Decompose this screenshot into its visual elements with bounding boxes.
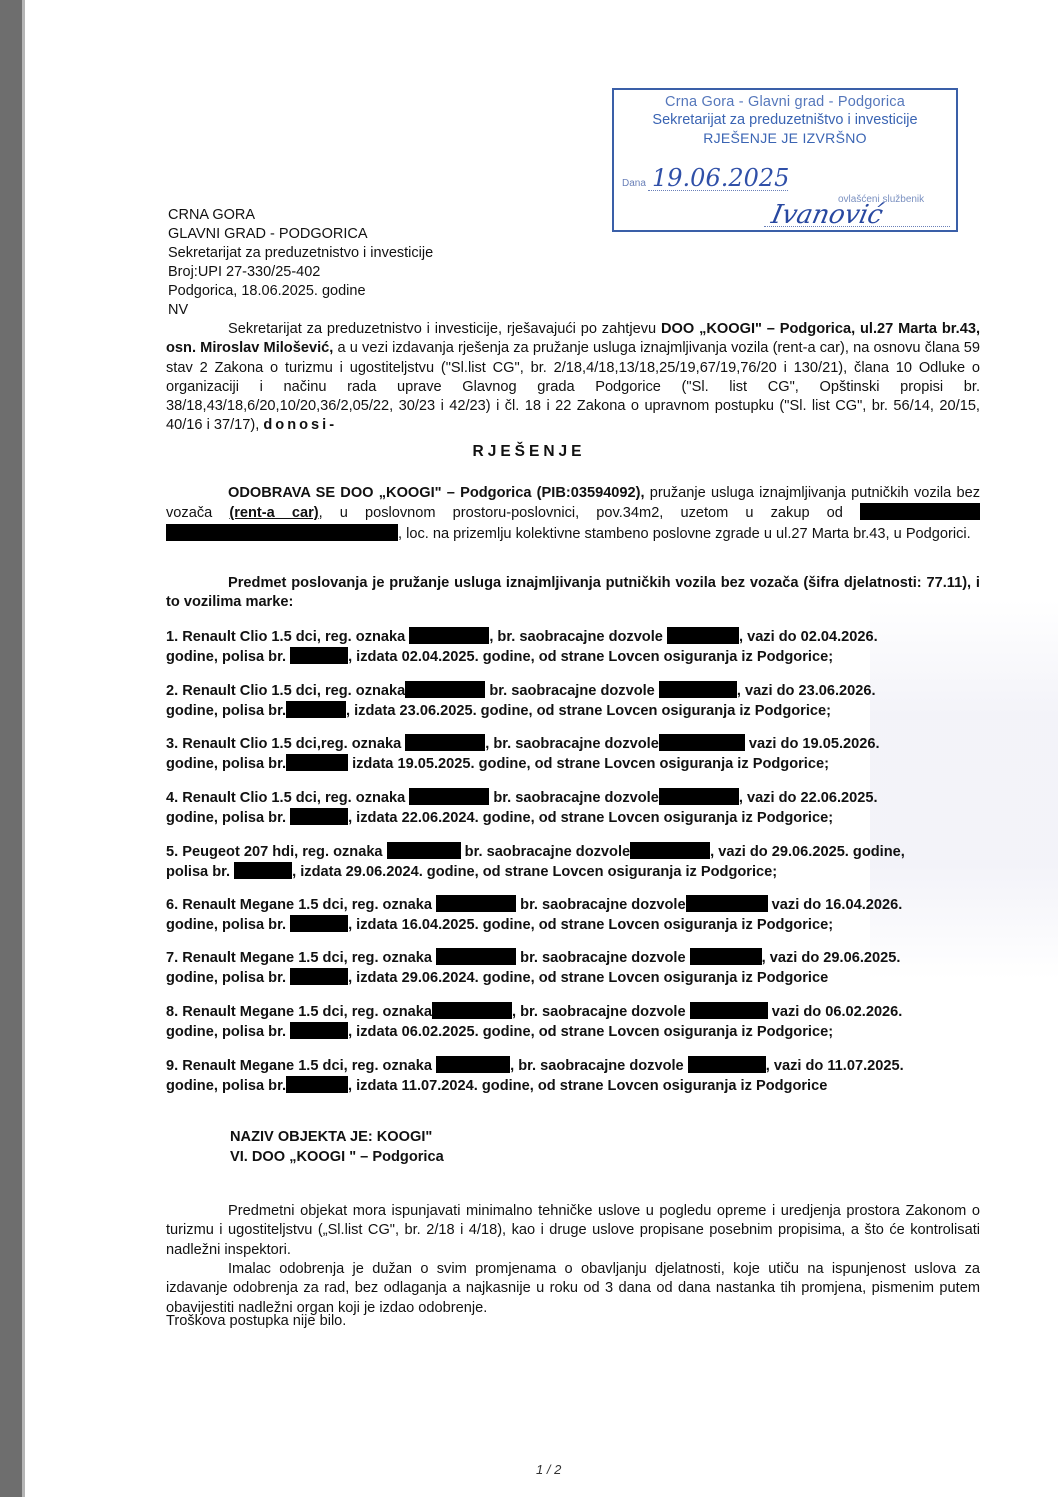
redacted-permit <box>686 895 768 912</box>
vehicle-policy-label: godine, polisa br. <box>166 810 286 826</box>
vehicle-item: 7. Renault Megane 1.5 dci, reg. oznaka b… <box>166 948 996 988</box>
scan-edge <box>0 0 22 1497</box>
vehicle-policy-label: godine, polisa br. <box>166 649 286 665</box>
document-header: CRNA GORA GLAVNI GRAD - PODGORICA Sekret… <box>168 206 433 320</box>
facility-owner: VI. DOO „KOOGI " – Podgorica <box>230 1147 444 1167</box>
vehicle-permit-label: br. saobracajne dozvole <box>516 950 686 966</box>
header-country: CRNA GORA <box>168 206 433 225</box>
vehicle-issued: , izdata 23.06.2025. godine, od strane L… <box>346 703 831 719</box>
vehicle-policy-label: godine, polisa br. <box>166 970 286 986</box>
vehicle-issued: , izdata 11.07.2024. godine, od strane L… <box>348 1078 827 1094</box>
vehicle-policy-label: godine, polisa br. <box>166 703 286 719</box>
redacted-permit <box>688 1056 766 1073</box>
vehicle-model: Renault Clio 1.5 dci, reg. oznaka <box>182 683 405 699</box>
vehicle-model: Renault Clio 1.5 dci, reg. oznaka <box>182 790 405 806</box>
costs-text: Troškova postupka nije bilo. <box>166 1313 346 1329</box>
conditions-text-1: Predmetni objekat mora ispunjavati minim… <box>166 1203 980 1258</box>
vehicle-model: Peugeot 207 hdi, reg. oznaka <box>182 844 382 860</box>
redacted-plate <box>432 1002 512 1019</box>
redacted-plate <box>409 788 489 805</box>
scan-edge-inner <box>22 0 25 1497</box>
header-initials: NV <box>168 301 433 320</box>
vehicle-permit-label: br. saobracajne dozvole <box>461 844 631 860</box>
vehicle-permit-label: br. saobracajne dozvole <box>485 683 655 699</box>
vehicle-issued: , izdata 22.06.2024. godine, od strane L… <box>348 810 833 826</box>
vehicle-num: 5. <box>166 844 178 860</box>
stamp-line-2: Sekretarijat za preduzetništvo i investi… <box>614 112 956 128</box>
redacted-permit <box>667 627 739 644</box>
redacted-plate <box>409 627 489 644</box>
vehicle-item: 6. Renault Megane 1.5 dci, reg. oznaka b… <box>166 895 996 935</box>
redacted-lessor <box>860 503 980 520</box>
header-reference-number: Broj:UPI 27-330/25-402 <box>168 263 433 282</box>
redacted-policy <box>286 701 346 718</box>
redacted-plate <box>405 681 485 698</box>
redacted-permit <box>690 1002 768 1019</box>
vehicle-permit-label: br. saobracajne dozvole <box>516 897 686 913</box>
facility-name-block: NAZIV OBJEKTA JE: KOOGI" VI. DOO „KOOGI … <box>230 1127 444 1167</box>
vehicle-valid: , vazi do 11.07.2025. <box>766 1058 904 1074</box>
vehicle-item: 9. Renault Megane 1.5 dci, reg. oznaka ,… <box>166 1056 996 1096</box>
facility-name: NAZIV OBJEKTA JE: KOOGI" <box>230 1127 444 1147</box>
redacted-policy <box>290 647 348 664</box>
vehicle-policy-label: godine, polisa br. <box>166 1078 286 1094</box>
intro-paragraph: Sekretarijat za preduzetnistvo i investi… <box>166 320 980 436</box>
vehicle-issued: , izdata 29.06.2024. godine, od strane L… <box>348 970 828 986</box>
vehicle-model: Renault Megane 1.5 dci, reg. oznaka <box>182 897 432 913</box>
redacted-policy <box>290 968 348 985</box>
stamp-date-label: Dana <box>622 178 646 189</box>
vehicle-valid: vazi do 16.04.2026. <box>768 897 903 913</box>
vehicle-model: Renault Clio 1.5 dci,reg. oznaka <box>182 736 401 752</box>
redacted-policy <box>286 1076 348 1093</box>
redacted-permit <box>690 948 762 965</box>
vehicle-item: 8. Renault Megane 1.5 dci, reg. oznaka, … <box>166 1002 996 1042</box>
vehicle-num: 8. <box>166 1004 178 1020</box>
stamp-date-handwritten: 19.06.2025 <box>652 164 789 192</box>
vehicle-permit-label: br. saobracajne dozvole <box>489 790 659 806</box>
redacted-permit <box>630 842 710 859</box>
vehicle-model: Renault Megane 1.5 dci, reg. oznaka <box>182 1004 432 1020</box>
vehicle-permit-label: , br. saobracajne dozvole <box>485 736 659 752</box>
redacted-policy <box>290 915 348 932</box>
vehicle-valid: , vazi do 29.06.2025. godine, <box>710 844 905 860</box>
business-subject-text: Predmet poslovanja je pružanje usluga iz… <box>166 575 980 610</box>
vehicle-num: 3. <box>166 736 178 752</box>
vehicle-model: Renault Megane 1.5 dci, reg. oznaka <box>182 1058 432 1074</box>
vehicle-policy-label: polisa br. <box>166 864 230 880</box>
redacted-plate <box>436 948 516 965</box>
redacted-permit <box>659 734 745 751</box>
vehicle-issued: , izdata 06.02.2025. godine, od strane L… <box>348 1024 833 1040</box>
business-subject: Predmet poslovanja je pružanje usluga iz… <box>166 574 980 613</box>
decision-title: RJEŠENJE <box>0 443 1058 461</box>
vehicle-permit-label: , br. saobracajne dozvole <box>489 629 663 645</box>
vehicle-policy-label: godine, polisa br. <box>166 1024 286 1040</box>
vehicle-valid: , vazi do 23.06.2026. <box>737 683 876 699</box>
redacted-lessor-2 <box>166 524 398 541</box>
vehicle-model: Renault Megane 1.5 dci, reg. oznaka <box>182 950 432 966</box>
donosi-label: donosi- <box>263 417 337 433</box>
stamp-line-3: RJEŠENJE JE IZVRŠNO <box>614 130 956 146</box>
stamp-signature-line <box>764 226 950 227</box>
vehicle-model: Renault Clio 1.5 dci, reg. oznaka <box>182 629 405 645</box>
header-department: Sekretarijat za preduzetnistvo i investi… <box>168 244 433 263</box>
conditions-paragraph-2: Imalac odobrenja je dužan o svim promjen… <box>166 1260 980 1318</box>
stamp-line-1: Crna Gora - Glavni grad - Podgorica <box>614 94 956 110</box>
vehicle-num: 1. <box>166 629 178 645</box>
approval-text-3: , loc. na prizemlju kolektivne stambeno … <box>398 526 971 542</box>
redacted-policy <box>234 862 292 879</box>
official-stamp: Crna Gora - Glavni grad - Podgorica Sekr… <box>612 88 958 232</box>
rent-a-car-label: (rent-a car) <box>229 505 318 521</box>
header-date: Podgorica, 18.06.2025. godine <box>168 282 433 301</box>
redacted-policy <box>286 754 348 771</box>
redacted-policy <box>290 1022 348 1039</box>
redacted-policy <box>290 808 348 825</box>
vehicle-valid: , vazi do 02.04.2026. <box>739 629 878 645</box>
redacted-permit <box>659 681 737 698</box>
vehicle-num: 9. <box>166 1058 178 1074</box>
vehicle-num: 4. <box>166 790 178 806</box>
vehicle-issued: , izdata 29.06.2024. godine, od strane L… <box>292 864 777 880</box>
vehicle-valid: vazi do 06.02.2026. <box>768 1004 903 1020</box>
approval-paragraph: ODOBRAVA SE DOO „KOOGI" – Podgorica (PIB… <box>166 484 980 544</box>
redacted-plate <box>387 842 461 859</box>
redacted-plate <box>436 1056 510 1073</box>
vehicle-policy-label: godine, polisa br. <box>166 917 286 933</box>
intro-text-1: Sekretarijat za preduzetnistvo i investi… <box>228 321 661 337</box>
vehicle-issued: , izdata 02.04.2025. godine, od strane L… <box>348 649 833 665</box>
vehicle-item: 5. Peugeot 207 hdi, reg. oznaka br. saob… <box>166 842 996 882</box>
vehicle-item: 4. Renault Clio 1.5 dci, reg. oznaka br.… <box>166 788 996 828</box>
approval-text-2: , u poslovnom prostoru-poslovnici, pov.3… <box>319 505 860 521</box>
vehicle-item: 2. Renault Clio 1.5 dci, reg. oznaka br.… <box>166 681 996 721</box>
conditions-paragraph-1: Predmetni objekat mora ispunjavati minim… <box>166 1202 980 1260</box>
vehicle-num: 7. <box>166 950 178 966</box>
redacted-plate <box>436 895 516 912</box>
vehicle-valid: , vazi do 22.06.2025. <box>739 790 878 806</box>
vehicle-policy-label: godine, polisa br. <box>166 756 286 772</box>
vehicle-permit-label: , br. saobracajne dozvole <box>510 1058 684 1074</box>
vehicle-issued: izdata 19.05.2025. godine, od strane Lov… <box>348 756 829 772</box>
vehicle-item: 1. Renault Clio 1.5 dci, reg. oznaka , b… <box>166 627 996 667</box>
header-city: GLAVNI GRAD - PODGORICA <box>168 225 433 244</box>
vehicle-num: 6. <box>166 897 178 913</box>
vehicle-valid: , vazi do 29.06.2025. <box>762 950 901 966</box>
vehicle-permit-label: , br. saobracajne dozvole <box>512 1004 686 1020</box>
conditions-text-2: Imalac odobrenja je dužan o svim promjen… <box>166 1261 980 1316</box>
vehicle-num: 2. <box>166 683 178 699</box>
vehicle-issued: , izdata 16.04.2025. godine, od strane L… <box>348 917 833 933</box>
redacted-permit <box>659 788 739 805</box>
vehicle-valid: vazi do 19.05.2026. <box>745 736 880 752</box>
redacted-plate <box>405 734 485 751</box>
page-number: 1 / 2 <box>536 1462 561 1477</box>
costs-paragraph: Troškova postupka nije bilo. <box>166 1312 980 1331</box>
approval-bold: ODOBRAVA SE DOO „KOOGI" – Podgorica (PIB… <box>228 485 645 501</box>
vehicle-item: 3. Renault Clio 1.5 dci,reg. oznaka , br… <box>166 734 996 774</box>
